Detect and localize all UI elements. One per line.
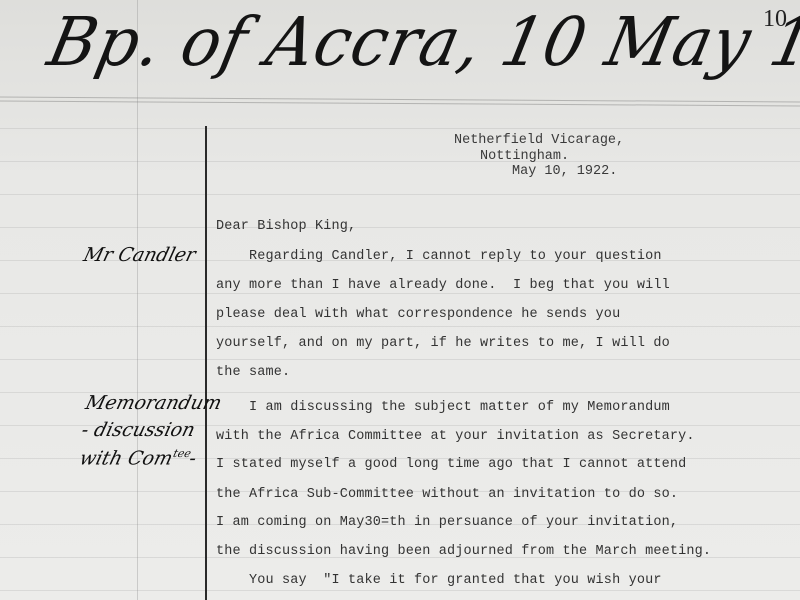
address-line-1: Netherfield Vicarage,	[454, 133, 624, 148]
letter-line: with the Africa Committee at your invita…	[216, 429, 695, 444]
margin-note-discussion: - discussion	[79, 419, 197, 441]
margin-line	[205, 126, 207, 600]
margin-note-with-committee: with Comtee-	[77, 447, 199, 469]
faint-margin-rule	[137, 0, 138, 600]
salutation: Dear Bishop King,	[216, 219, 356, 234]
letter-line: I am coming on May30=th in persuance of …	[216, 515, 678, 530]
page-number: 10	[763, 6, 787, 33]
letter-line: I stated myself a good long time ago tha…	[216, 457, 686, 472]
margin-note-candler: Mr Candler	[81, 244, 198, 266]
letter-line: I am discussing the subject matter of my…	[216, 400, 670, 415]
letter-line: the same.	[216, 365, 290, 380]
letter-line: please deal with what correspondence he …	[216, 307, 620, 322]
address-line-2: Nottingham.	[480, 149, 569, 164]
letter-date: May 10, 1922.	[512, 164, 617, 179]
letter-line: any more than I have already done. I beg…	[216, 278, 670, 293]
letter-line: the discussion having been adjourned fro…	[216, 544, 711, 559]
margin-note-memorandum: Memorandum	[83, 392, 224, 414]
letter-line: You say "I take it for granted that you …	[216, 573, 662, 588]
handwritten-title: Bp. of Accra, 10 May 1922	[41, 4, 800, 82]
letter-line: yourself, and on my part, if he writes t…	[216, 336, 670, 351]
letter-line: Regarding Candler, I cannot reply to you…	[216, 249, 662, 264]
note-text: with Com	[77, 447, 175, 469]
letter-line: the Africa Sub-Committee without an invi…	[216, 487, 678, 502]
